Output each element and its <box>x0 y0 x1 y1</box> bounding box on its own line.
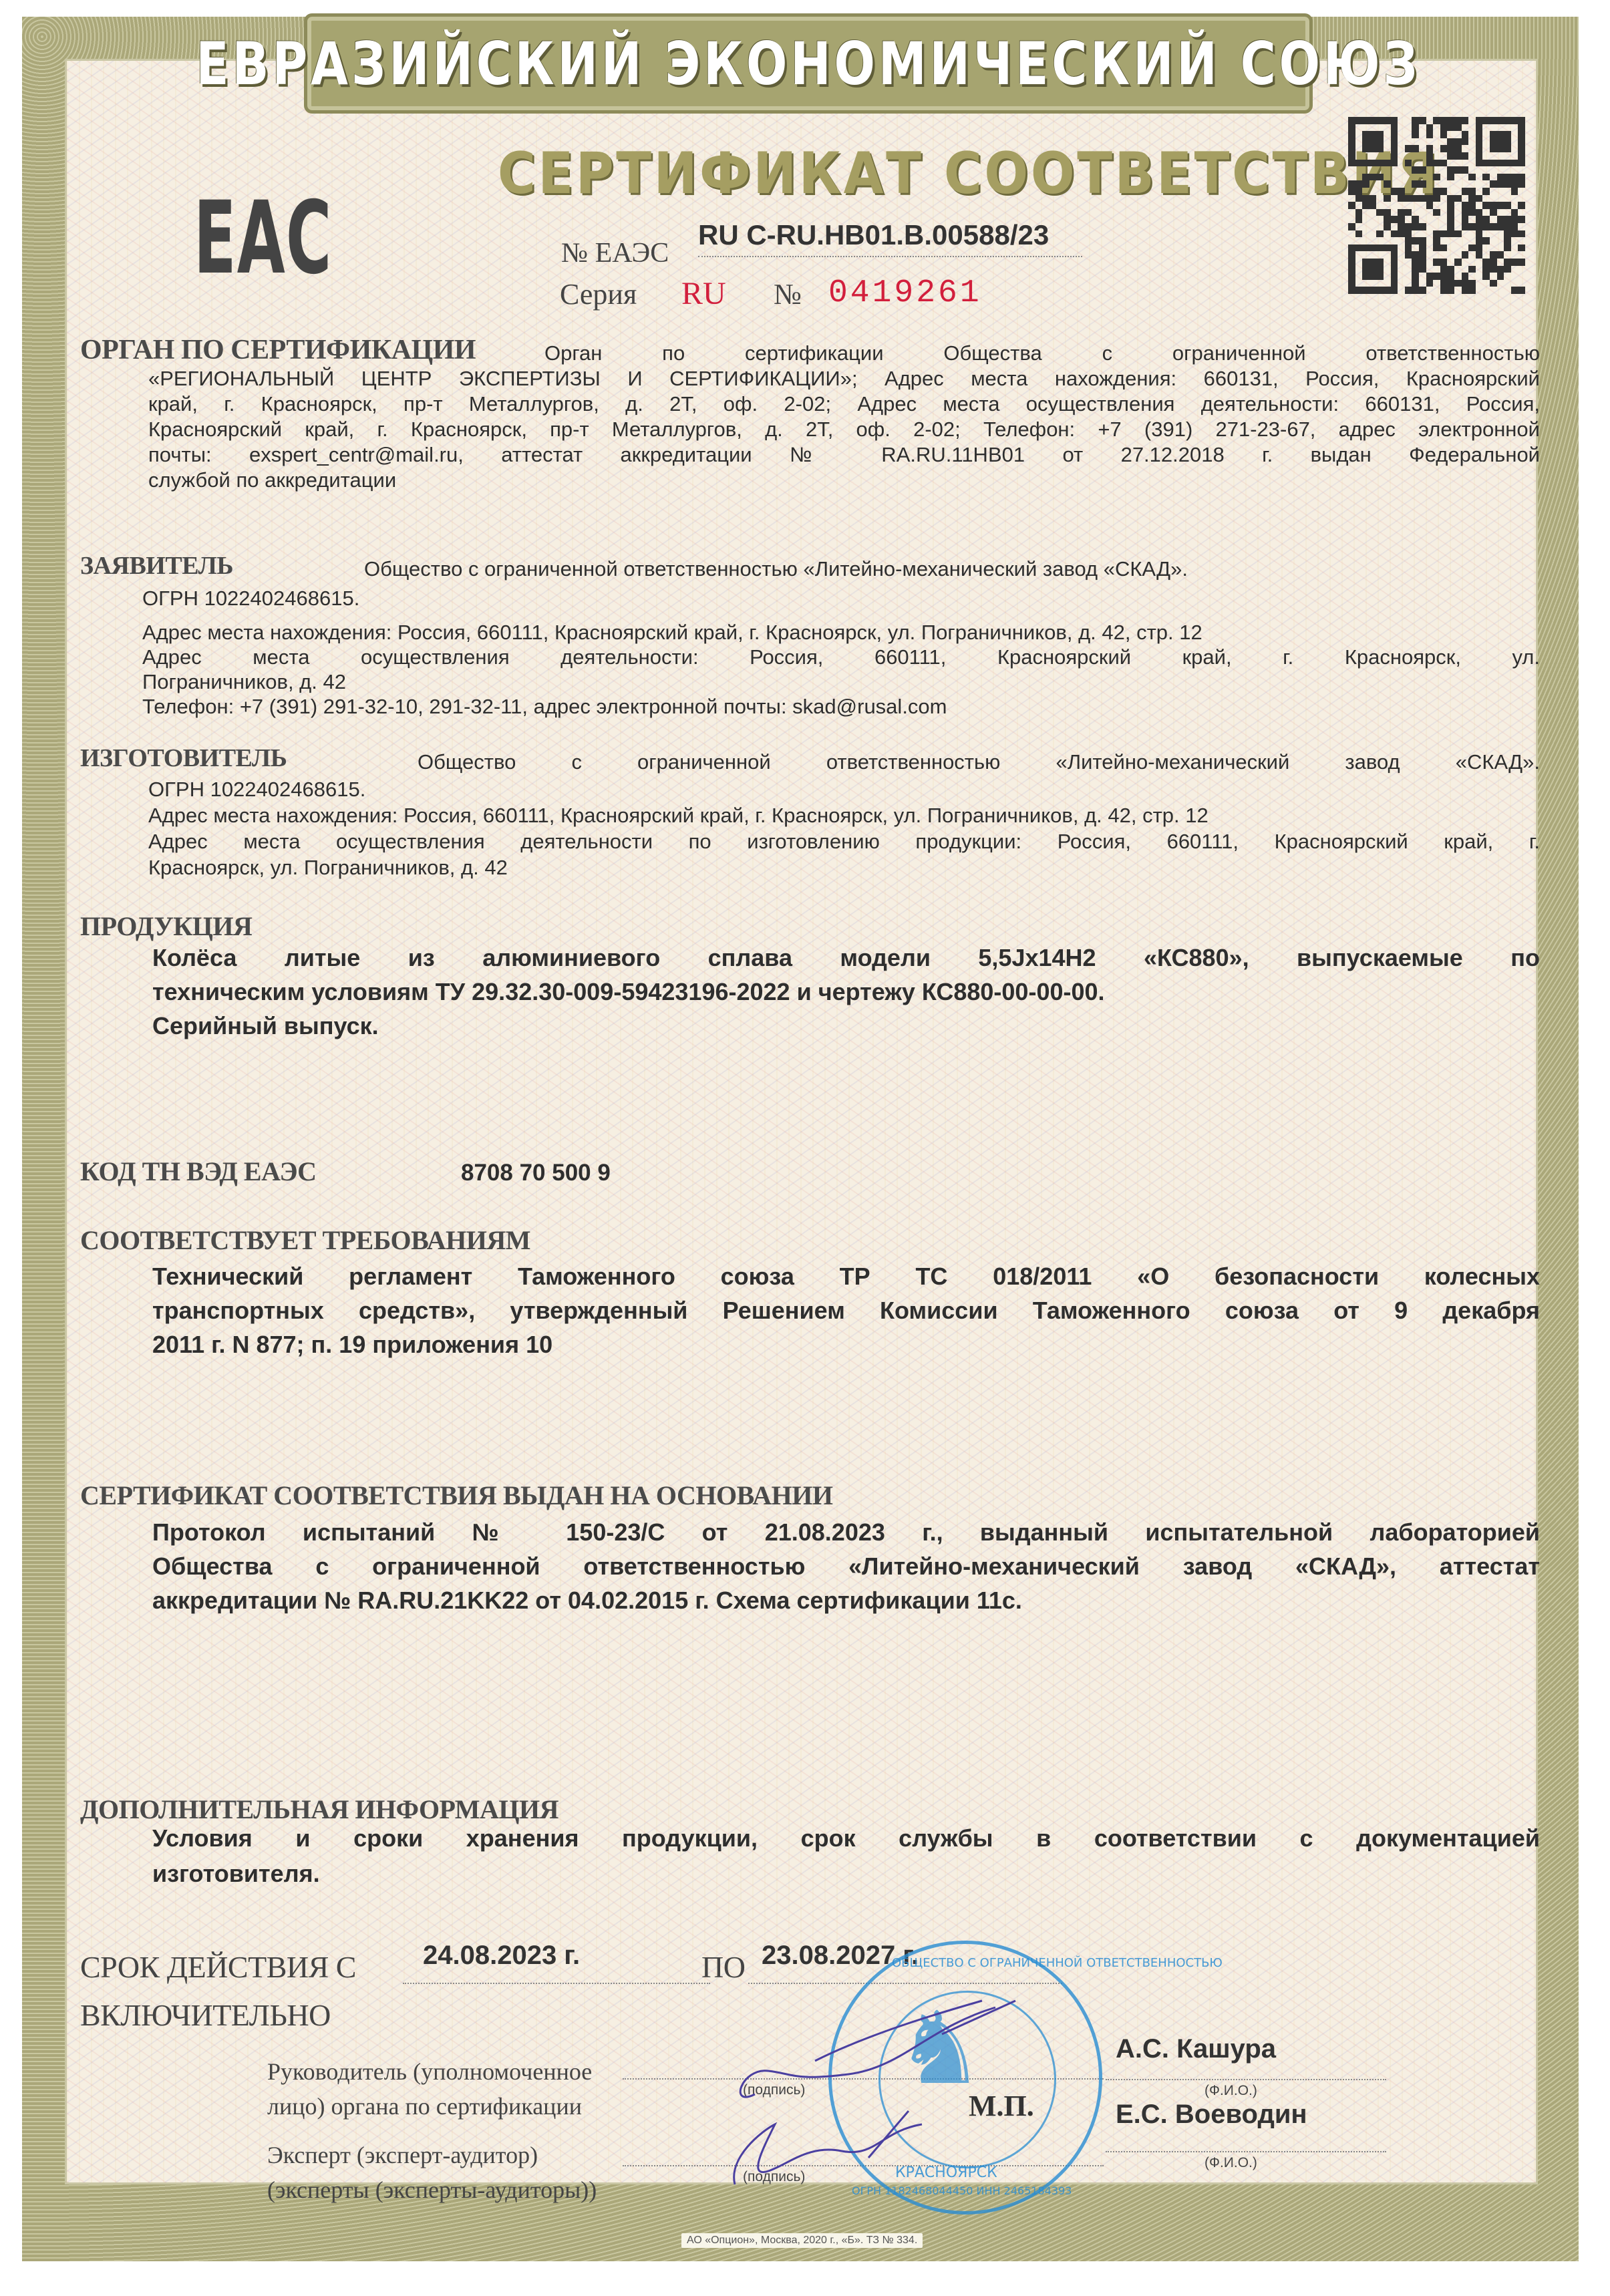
head-fio-caption: (Ф.И.О.) <box>1204 2083 1257 2099</box>
expert-label: Эксперт (эксперт-аудитор) (эксперты (экс… <box>267 2138 597 2207</box>
applicant-heading: ЗАЯВИТЕЛЬ <box>80 551 233 581</box>
tn-ved-heading: КОД ТН ВЭД ЕАЭС <box>80 1156 317 1187</box>
manufacturer-name: Общество с ограниченной ответственностью… <box>418 750 1540 775</box>
text-line: 2011 г. N 877; п. 19 приложения 10 <box>152 1327 1540 1361</box>
validity-from-label: СРОК ДЕЙСТВИЯ С <box>80 1949 356 1985</box>
expert-fio-line <box>1106 2151 1386 2152</box>
form-number-label: № <box>774 277 802 311</box>
text-line: «РЕГИОНАЛЬНЫЙ ЦЕНТР ЭКСПЕРТИЗЫ И СЕРТИФИ… <box>148 366 1540 391</box>
certification-body-heading: ОРГАН ПО СЕРТИФИКАЦИИ <box>80 334 476 366</box>
text-line: Серийный выпуск. <box>152 1009 1540 1043</box>
certificate-title: СЕРТИФИКАТ СООТВЕТСТВИЯ <box>498 140 1159 207</box>
head-signature-icon <box>715 1987 1035 2121</box>
text-line: Эксперт (эксперт-аудитор) <box>267 2138 597 2172</box>
text-line: Технический регламент Таможенного союза … <box>152 1259 1540 1293</box>
certification-body-text: «РЕГИОНАЛЬНЫЙ ЦЕНТР ЭКСПЕРТИЗЫ И СЕРТИФИ… <box>148 366 1540 493</box>
text-line: (эксперты (эксперты-аудиторы)) <box>267 2172 597 2207</box>
series-value: RU <box>681 275 726 312</box>
text-line: Адрес места осуществления деятельности п… <box>148 828 1540 854</box>
form-number: 0419261 <box>828 275 982 311</box>
validity-inclusive-label: ВКЛЮЧИТЕЛЬНО <box>80 1997 331 2033</box>
text-line: Орган по сертификации Общества с огранич… <box>544 341 1540 366</box>
text-line: Пограничников, д. 42 <box>142 669 1540 694</box>
head-fio-line <box>1106 2079 1386 2080</box>
manufacturer-details: ОГРН 1022402468615. Адрес места нахожден… <box>148 776 1540 880</box>
qr-code-icon[interactable] <box>1348 117 1525 294</box>
text-line: Красноярск, ул. Пограничников, д. 42 <box>148 854 1540 880</box>
manufacturer-heading: ИЗГОТОВИТЕЛЬ <box>80 744 287 773</box>
text-line: изготовителя. <box>152 1856 1540 1891</box>
union-title: ЕВРАЗИЙСКИЙ ЭКОНОМИЧЕСКИЙ СОЮЗ <box>196 29 1420 98</box>
registration-label: № ЕАЭС <box>561 237 669 269</box>
additional-info-text: Условия и сроки хранения продукции, срок… <box>152 1820 1540 1891</box>
text-line: службой по аккредитации <box>148 468 1540 493</box>
expert-name: Е.С. Воеводин <box>1116 2100 1307 2130</box>
applicant-details: ОГРН 1022402468615. Адрес места нахожден… <box>142 586 1540 719</box>
product-heading: ПРОДУКЦИЯ <box>80 911 252 942</box>
text-line: ОГРН 1022402468615. <box>148 776 1540 802</box>
validity-to-label: ПО <box>701 1949 745 1985</box>
text-line: техническим условиям ТУ 29.32.30-009-594… <box>152 975 1540 1009</box>
text-line: Общества с ограниченной ответственностью… <box>152 1549 1540 1583</box>
text-line: Условия и сроки хранения продукции, срок… <box>152 1820 1540 1856</box>
text-line: аккредитации № RA.RU.21KK22 от 04.02.201… <box>152 1583 1540 1617</box>
text-line: лицо) органа по сертификации <box>267 2089 592 2124</box>
tn-ved-code: 8708 70 500 9 <box>461 1160 611 1186</box>
text-line: Общество с ограниченной ответственностью… <box>418 750 1540 775</box>
text-line: Колёса литые из алюминиевого сплава моде… <box>152 941 1540 975</box>
expert-signature-icon <box>708 2104 949 2198</box>
product-description: Колёса литые из алюминиевого сплава моде… <box>152 941 1540 1043</box>
text-line: ОГРН 1022402468615. <box>142 586 1540 611</box>
requirements-text: Технический регламент Таможенного союза … <box>152 1259 1540 1361</box>
series-label: Серия <box>560 277 637 311</box>
applicant-name: Общество с ограниченной ответственностью… <box>364 556 1188 582</box>
text-line: Руководитель (уполномоченное <box>267 2054 592 2089</box>
text-line: Протокол испытаний № 150-23/С от 21.08.2… <box>152 1515 1540 1549</box>
text-line: транспортных средств», утвержденный Реше… <box>152 1293 1540 1327</box>
text-line: Адрес места нахождения: Россия, 660111, … <box>148 802 1540 828</box>
head-name: А.С. Кашура <box>1116 2034 1276 2064</box>
text-line: Красноярский край, г. Красноярск, пр-т М… <box>148 417 1540 442</box>
eac-logo-icon: EAC <box>194 188 332 289</box>
certification-body-line-0: Орган по сертификации Общества с огранич… <box>544 341 1540 366</box>
text-line: Общество с ограниченной ответственностью… <box>364 556 1188 582</box>
basis-heading: СЕРТИФИКАТ СООТВЕТСТВИЯ ВЫДАН НА ОСНОВАН… <box>80 1480 832 1511</box>
text-line: край, г. Красноярск, пр-т Металлургов, д… <box>148 391 1540 417</box>
basis-text: Протокол испытаний № 150-23/С от 21.08.2… <box>152 1515 1540 1617</box>
printer-note: АО «Опцион», Москва, 2020 г., «Б». ТЗ № … <box>681 2233 923 2248</box>
validity-from-underline <box>403 1983 710 1984</box>
requirements-heading: СООТВЕТСТВУЕТ ТРЕБОВАНИЯМ <box>80 1224 530 1256</box>
expert-fio-caption: (Ф.И.О.) <box>1204 2155 1257 2171</box>
text-line: Телефон: +7 (391) 291-32-10, 291-32-11, … <box>142 694 1540 719</box>
stamp-outer-text: ОБЩЕСТВО С ОГРАНИЧЕННОЙ ОТВЕТСТВЕННОСТЬЮ <box>892 1956 1223 1970</box>
validity-from-date: 24.08.2023 г. <box>423 1941 580 1971</box>
text-line: Адрес места нахождения: Россия, 660111, … <box>142 620 1540 645</box>
text-line: Адрес места осуществления деятельности: … <box>142 645 1540 669</box>
head-label: Руководитель (уполномоченное лицо) орган… <box>267 2054 592 2124</box>
text-line: почты: exspert_centr@mail.ru, аттестат а… <box>148 442 1540 468</box>
union-banner: ЕВРАЗИЙСКИЙ ЭКОНОМИЧЕСКИЙ СОЮЗ <box>304 13 1313 114</box>
registration-number: RU C-RU.HB01.B.00588/23 <box>698 219 1049 251</box>
registration-underline <box>698 256 1082 257</box>
